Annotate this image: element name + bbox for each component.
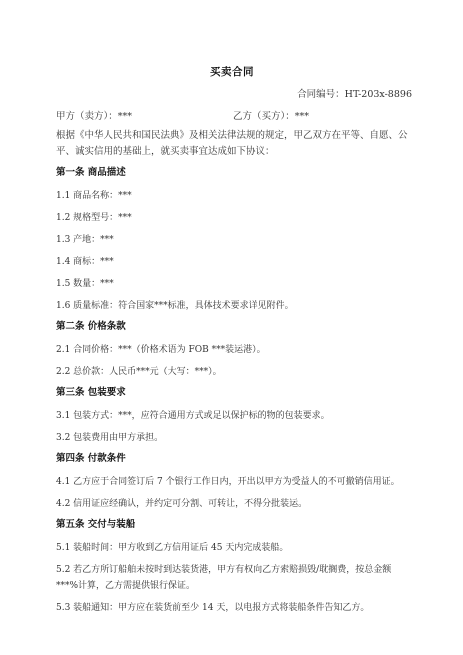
- clause-1-5: 1.5 数量：***: [56, 276, 416, 292]
- clause-2-2: 2.2 总价款：人民币***元（大写：***）。: [56, 364, 416, 380]
- section-2-heading: 第二条 价格条款: [56, 320, 416, 334]
- section-4-heading: 第四条 付款条件: [56, 452, 416, 466]
- contract-number: 合同编号：HT-203x-8896: [297, 86, 412, 100]
- clause-1-3: 1.3 产地：***: [56, 232, 416, 248]
- section-5-heading: 第五条 交付与装船: [56, 518, 416, 532]
- contract-body: 第一条 商品描述 1.1 商品名称：*** 1.2 规格型号：*** 1.3 产…: [56, 166, 416, 622]
- contract-page: 买卖合同 合同编号：HT-203x-8896 甲方（卖方）：*** 乙方（买方）…: [56, 0, 416, 655]
- section-3-heading: 第三条 包装要求: [56, 386, 416, 400]
- clause-5-2: 5.2 若乙方所订船舶未按时到达装货港，甲方有权向乙方索赔损毁/耽搁费，按总金额…: [56, 562, 401, 594]
- clause-1-6: 1.6 质量标准：符合国家***标准，具体技术要求详见附件。: [56, 298, 416, 314]
- section-1-heading: 第一条 商品描述: [56, 166, 416, 180]
- party-b-buyer: 乙方（买方）：***: [233, 108, 309, 122]
- preamble-paragraph: 根据《中华人民共和国民法典》及相关法律法规的规定，甲乙双方在平等、自愿、公平、诚…: [56, 128, 412, 160]
- parties-line: 甲方（卖方）：*** 乙方（买方）：***: [56, 108, 416, 122]
- clause-4-2: 4.2 信用证应经确认，并约定可分割、可转让，不得分批装运。: [56, 496, 416, 512]
- clause-2-1: 2.1 合同价格：***（价格术语为 FOB ***装运港）。: [56, 342, 416, 358]
- clause-1-4: 1.4 商标：***: [56, 254, 416, 270]
- clause-3-1: 3.1 包装方式：***，应符合通用方式或足以保护标的物的包装要求。: [56, 408, 416, 424]
- clause-5-1: 5.1 装船时间：甲方收到乙方信用证后 45 天内完成装船。: [56, 540, 416, 556]
- party-a-seller: 甲方（卖方）：***: [56, 108, 132, 122]
- clause-3-2: 3.2 包装费用由甲方承担。: [56, 430, 416, 446]
- clause-4-1: 4.1 乙方应于合同签订后 7 个银行工作日内，开出以甲方为受益人的不可撤销信用…: [56, 474, 416, 490]
- clause-1-1: 1.1 商品名称：***: [56, 188, 416, 204]
- clause-1-2: 1.2 规格型号：***: [56, 210, 416, 226]
- clause-5-3: 5.3 装船通知：甲方应在装货前至少 14 天，以电报方式将装船条件告知乙方。: [56, 600, 416, 616]
- document-title: 买卖合同: [56, 64, 408, 79]
